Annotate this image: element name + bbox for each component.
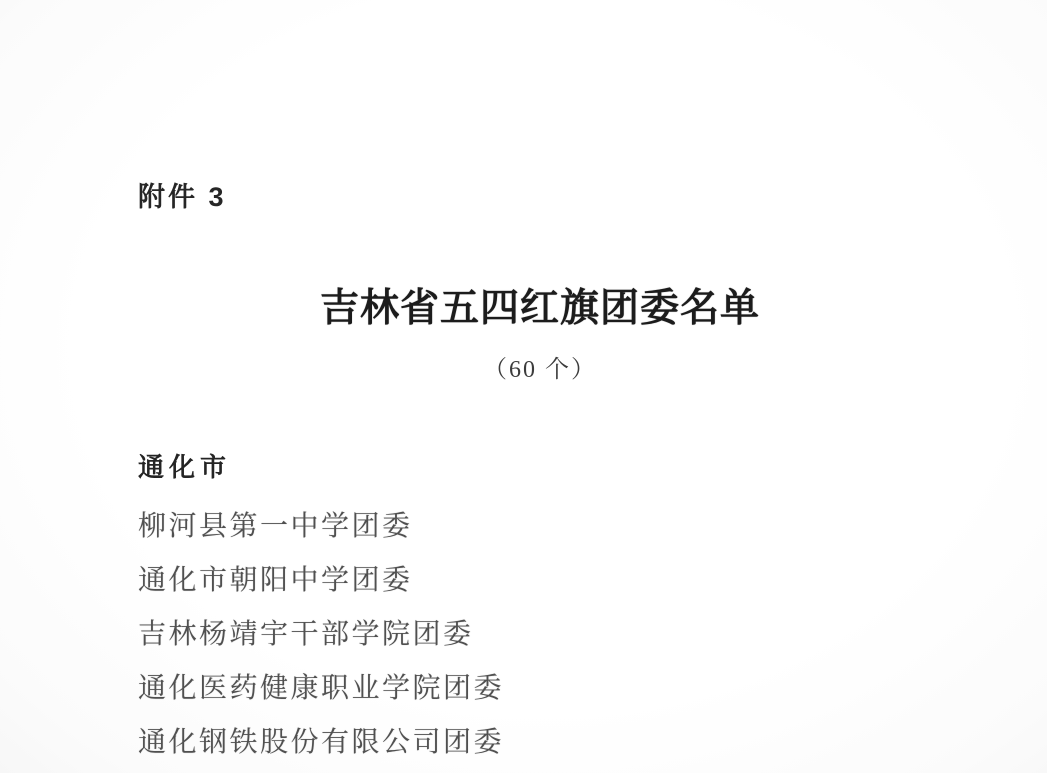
document-page: 附件 3 吉林省五四红旗团委名单 （60 个） 通化市 柳河县第一中学团委 通化…: [0, 0, 1047, 773]
organization-list-item: 柳河县第一中学团委: [138, 497, 504, 551]
organization-list-item: 通化医药健康职业学院团委: [138, 659, 504, 713]
attachment-label: 附件 3: [138, 182, 227, 212]
document-title: 吉林省五四红旗团委名单: [138, 286, 942, 332]
organization-list-item: 通化钢铁股份有限公司团委: [138, 713, 504, 767]
section-header-city: 通化市: [138, 451, 231, 483]
organization-list-item: 吉林杨靖宇干部学院团委: [138, 605, 504, 659]
organization-list: 柳河县第一中学团委 通化市朝阳中学团委 吉林杨靖宇干部学院团委 通化医药健康职业…: [138, 497, 504, 767]
organization-list-item: 通化市朝阳中学团委: [138, 551, 504, 605]
document-count-note: （60 个）: [138, 355, 942, 385]
